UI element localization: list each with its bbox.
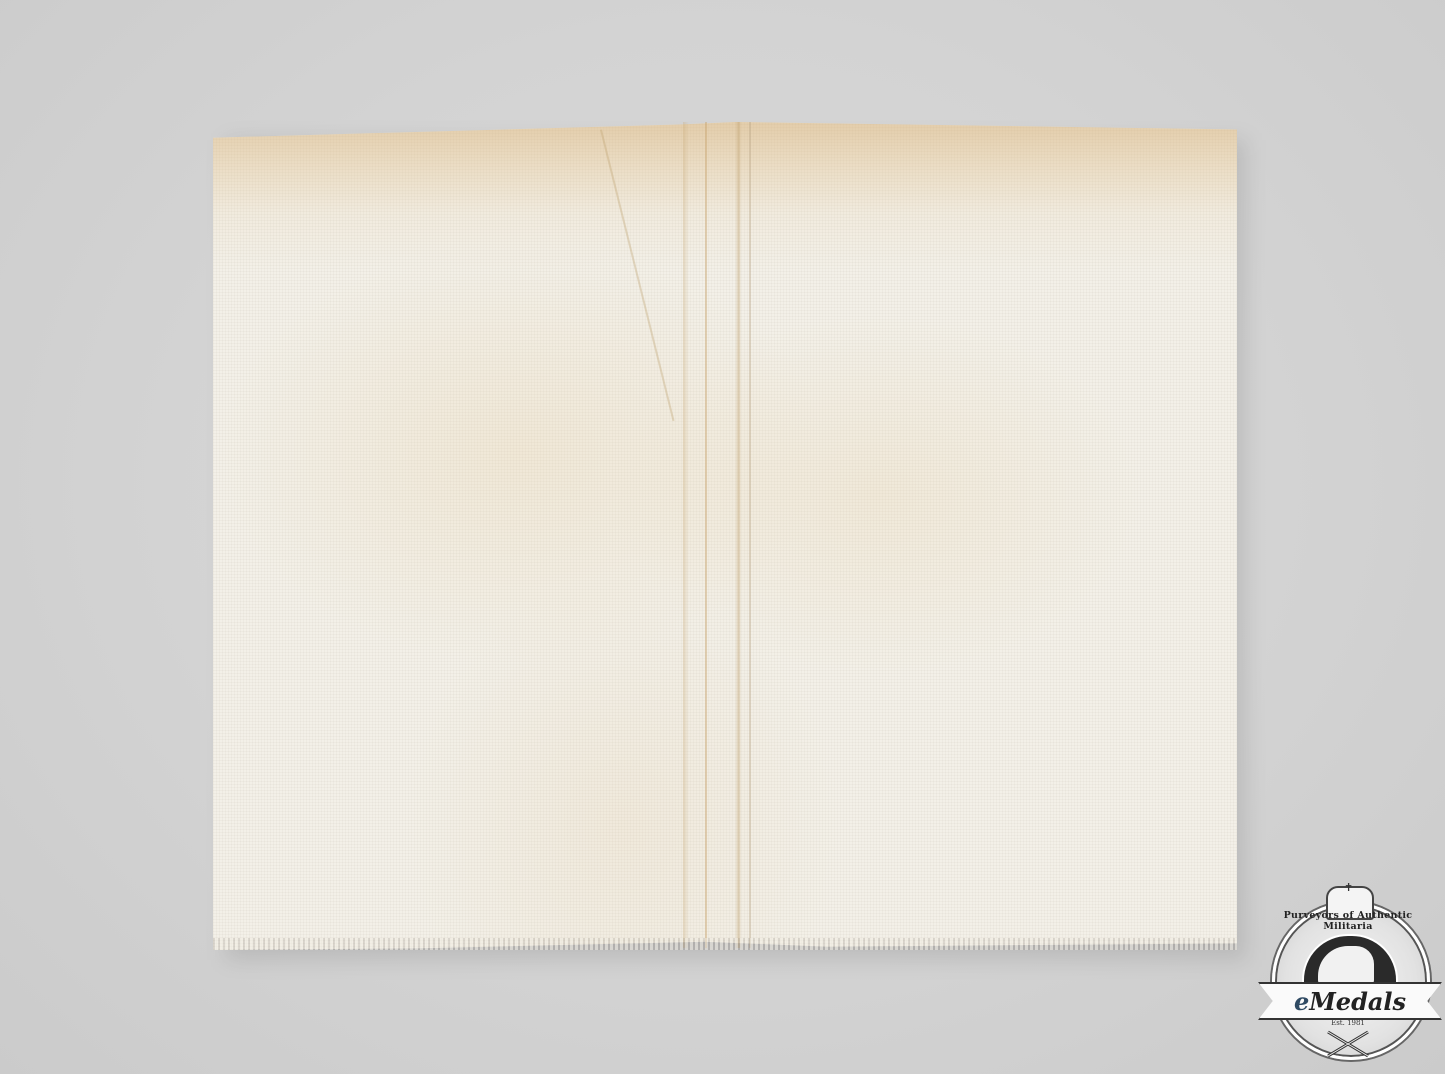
- watermark-established: Est. 1981: [1328, 1019, 1368, 1027]
- armband-cloth: [0, 0, 1445, 1074]
- watermark-banner: eMedals: [1258, 982, 1442, 1020]
- watermark-logo: eMedals: [1294, 987, 1406, 1016]
- cross-icon: ✝: [1344, 882, 1353, 893]
- seam-fold-line: [749, 122, 751, 948]
- crossed-swords-icon: [1324, 1030, 1372, 1058]
- sewn-seam: [683, 122, 741, 948]
- frayed-bottom-edge: [213, 938, 1237, 950]
- seam-stitch-line: [705, 122, 707, 948]
- product-photo: ✝ Purveyors of Authentic Militaria eMeda…: [0, 0, 1445, 1074]
- emedals-watermark: ✝ Purveyors of Authentic Militaria eMeda…: [1258, 882, 1438, 1062]
- watermark-tagline: Purveyors of Authentic Militaria: [1278, 910, 1418, 932]
